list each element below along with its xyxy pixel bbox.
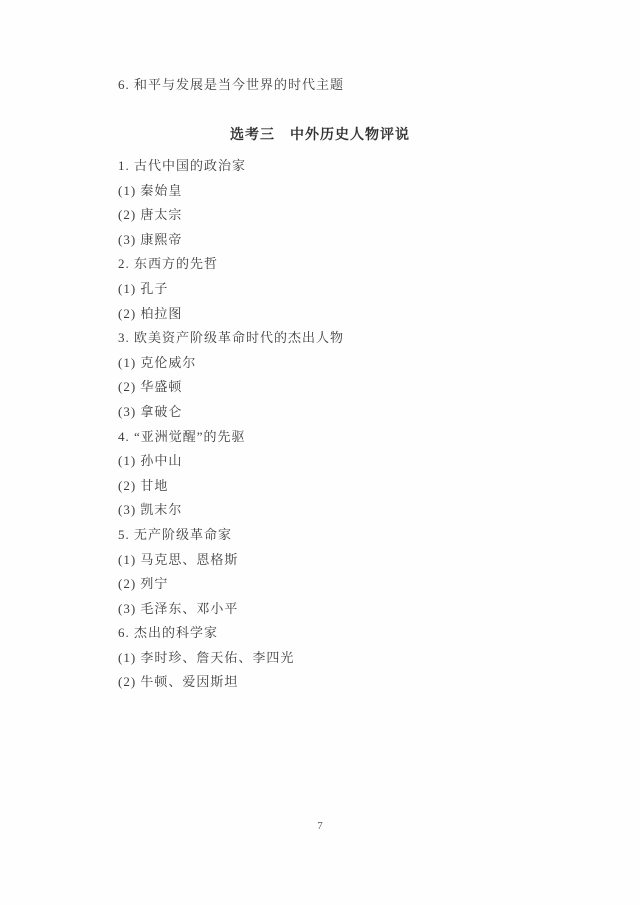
list-line: (1) 李时珍、詹天佑、李四光 (118, 646, 580, 671)
page-content: 6. 和平与发展是当今世界的时代主题 选考三 中外历史人物评说 1. 古代中国的… (118, 76, 580, 695)
document-page: 6. 和平与发展是当今世界的时代主题 选考三 中外历史人物评说 1. 古代中国的… (0, 0, 640, 905)
list-line: (3) 凯末尔 (118, 498, 580, 523)
list-line: 2. 东西方的先哲 (118, 252, 580, 277)
list-line: (2) 牛顿、爱因斯坦 (118, 670, 580, 695)
outline-list: 1. 古代中国的政治家 (1) 秦始皇 (2) 唐太宗 (3) 康熙帝 2. 东… (118, 154, 580, 695)
list-line: (2) 甘地 (118, 474, 580, 499)
list-line: (2) 华盛顿 (118, 375, 580, 400)
list-line: (3) 毛泽东、邓小平 (118, 597, 580, 622)
list-line: (1) 秦始皇 (118, 179, 580, 204)
list-line: 6. 杰出的科学家 (118, 621, 580, 646)
list-line: (3) 拿破仑 (118, 400, 580, 425)
list-line: 3. 欧美资产阶级革命时代的杰出人物 (118, 326, 580, 351)
list-line: (3) 康熙帝 (118, 228, 580, 253)
list-line: (2) 柏拉图 (118, 302, 580, 327)
list-line: 1. 古代中国的政治家 (118, 154, 580, 179)
list-line: (1) 孔子 (118, 277, 580, 302)
list-line: (2) 唐太宗 (118, 203, 580, 228)
section-heading: 选考三 中外历史人物评说 (0, 124, 640, 144)
list-line: (1) 孙中山 (118, 449, 580, 474)
page-number: 7 (0, 820, 640, 832)
list-line: (1) 马克思、恩格斯 (118, 548, 580, 573)
list-line: (2) 列宁 (118, 572, 580, 597)
intro-line: 6. 和平与发展是当今世界的时代主题 (118, 76, 580, 94)
list-line: 5. 无产阶级革命家 (118, 523, 580, 548)
list-line: 4. “亚洲觉醒”的先驱 (118, 425, 580, 450)
list-line: (1) 克伦威尔 (118, 351, 580, 376)
